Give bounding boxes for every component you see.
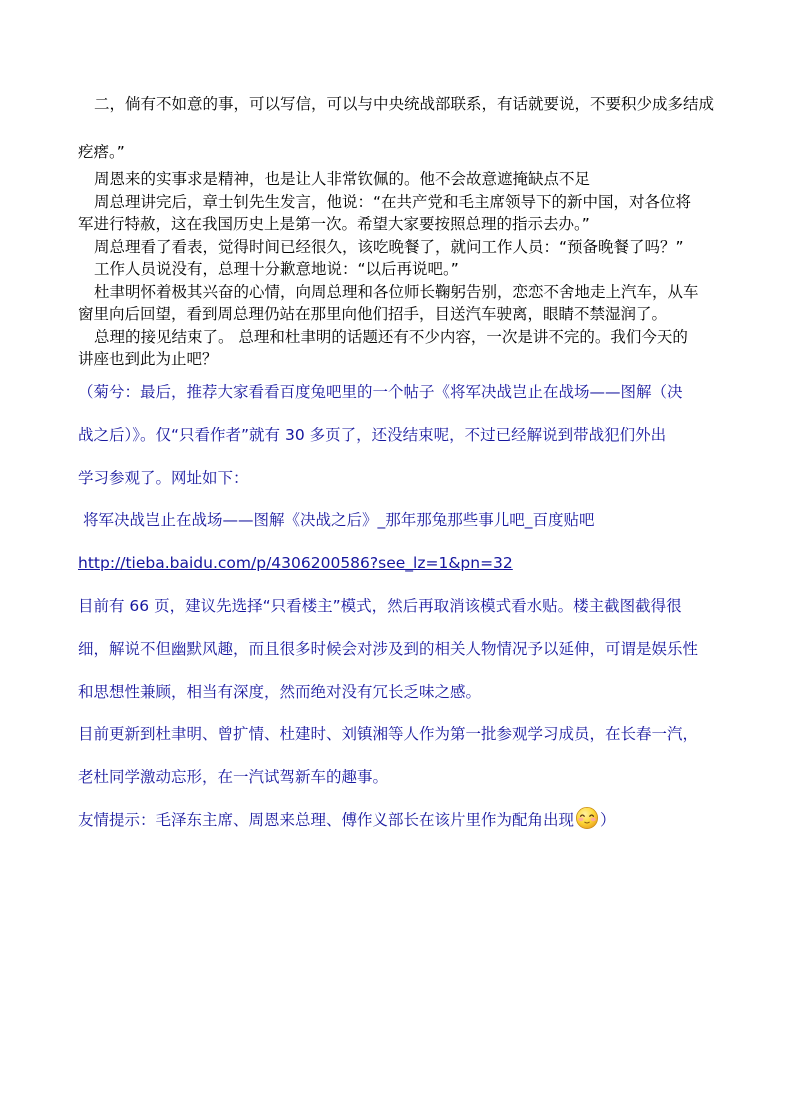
blushing-smile-emoji [575,804,599,828]
text-line: 二，倘有不如意的事，可以写信，可以与中央统战部联系，有话就要说，不要积少成多结成 [78,80,738,128]
text-line: 细，解说不但幽默风趣，而且很多时候会对涉及到的相关人物情况予以延伸，可谓是娱乐性 [78,628,758,671]
footer-text: 友情提示：毛泽东主席、周恩来总理、傅作义部长在该片里作为配角出现 [78,811,574,829]
text-line: 战之后）》。仅“只看作者”就有 30 多页了，还没结束呢，不过已经解说到带战犯们… [78,414,758,457]
text-line: 目前更新到杜聿明、曾扩情、杜建时、刘镇湘等人作为第一批参观学习成员，在长春一汽， [78,713,758,756]
text-line: 工作人员说没有，总理十分歉意地说：“以后再说吧。” [78,258,738,281]
document-page: 二，倘有不如意的事，可以写信，可以与中央统战部联系，有话就要说，不要积少成多结成… [0,0,800,1100]
text-line: 和思想性兼顾，相当有深度，然而绝对没有冗长乏味之感。 [78,671,758,714]
black-paragraph-wide: 二，倘有不如意的事，可以写信，可以与中央统战部联系，有话就要说，不要积少成多结成… [78,80,738,176]
text-line: 老杜同学激动忘形，在一汽试驾新车的趣事。 [78,756,758,799]
text-line: 周总理看了看表，觉得时间已经很久，该吃晚餐了，就问工作人员：“预备晚餐了吗？” [78,236,738,259]
text-line: 窗里向后回望，看到周总理仍站在那里向他们招手，目送汽车驶离，眼睛不禁湿润了。 [78,303,738,326]
text-line: （菊兮：最后，推荐大家看看百度兔吧里的一个帖子《将军决战岂止在战场——图解（决 [78,371,758,414]
blue-commentary: （菊兮：最后，推荐大家看看百度兔吧里的一个帖子《将军决战岂止在战场——图解（决 … [78,371,758,842]
text-line: 周总理讲完后，章士钊先生发言，他说：“在共产党和毛主席领导下的新中国，对各位将 [78,191,738,214]
text-line: 总理的接见结束了。 总理和杜聿明的话题还有不少内容，一次是讲不完的。我们今天的 [78,326,738,349]
text-line: 杜聿明怀着极其兴奋的心情，向周总理和各位师长鞠躬告别，恋恋不舍地走上汽车，从车 [78,281,738,304]
text-line: 军进行特赦，这在我国历史上是第一次。希望大家要按照总理的指示去办。” [78,213,738,236]
tieba-link[interactable]: http://tieba.baidu.com/p/4306200586?see_… [78,554,513,572]
tieba-post-title: 将军决战岂止在战场——图解《决战之后》_那年那兔那些事儿吧_百度贴吧 [78,499,758,542]
text-line: 讲座也到此为止吧？ [78,348,738,371]
black-paragraphs: 周恩来的实事求是精神，也是让人非常钦佩的。他不会故意遮掩缺点不足 周总理讲完后，… [78,168,738,371]
link-line: http://tieba.baidu.com/p/4306200586?see_… [78,542,758,585]
footer-close-paren: ） [600,811,616,829]
text-line: 学习参观了。网址如下： [78,457,758,500]
text-line: 周恩来的实事求是精神，也是让人非常钦佩的。他不会故意遮掩缺点不足 [78,168,738,191]
footer-line: 友情提示：毛泽东主席、周恩来总理、傅作义部长在该片里作为配角出现 ） [78,799,758,842]
text-line: 目前有 66 页，建议先选择“只看楼主”模式，然后再取消该模式看水贴。楼主截图截… [78,585,758,628]
